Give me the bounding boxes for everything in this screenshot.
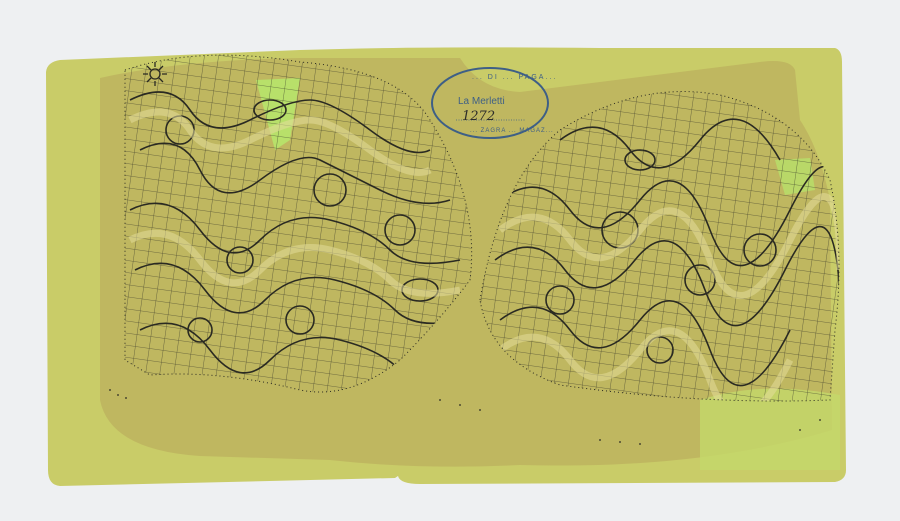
stamp-bottom-text: ... ZAGRA ... MAGAZ... (470, 128, 554, 134)
lace-pricking-photo (0, 0, 900, 521)
stamp-name: La Merletti (458, 96, 505, 107)
stamp-top-text: ... DI ... PAGA... (472, 74, 557, 81)
stamp-number: 1272 (462, 109, 495, 124)
